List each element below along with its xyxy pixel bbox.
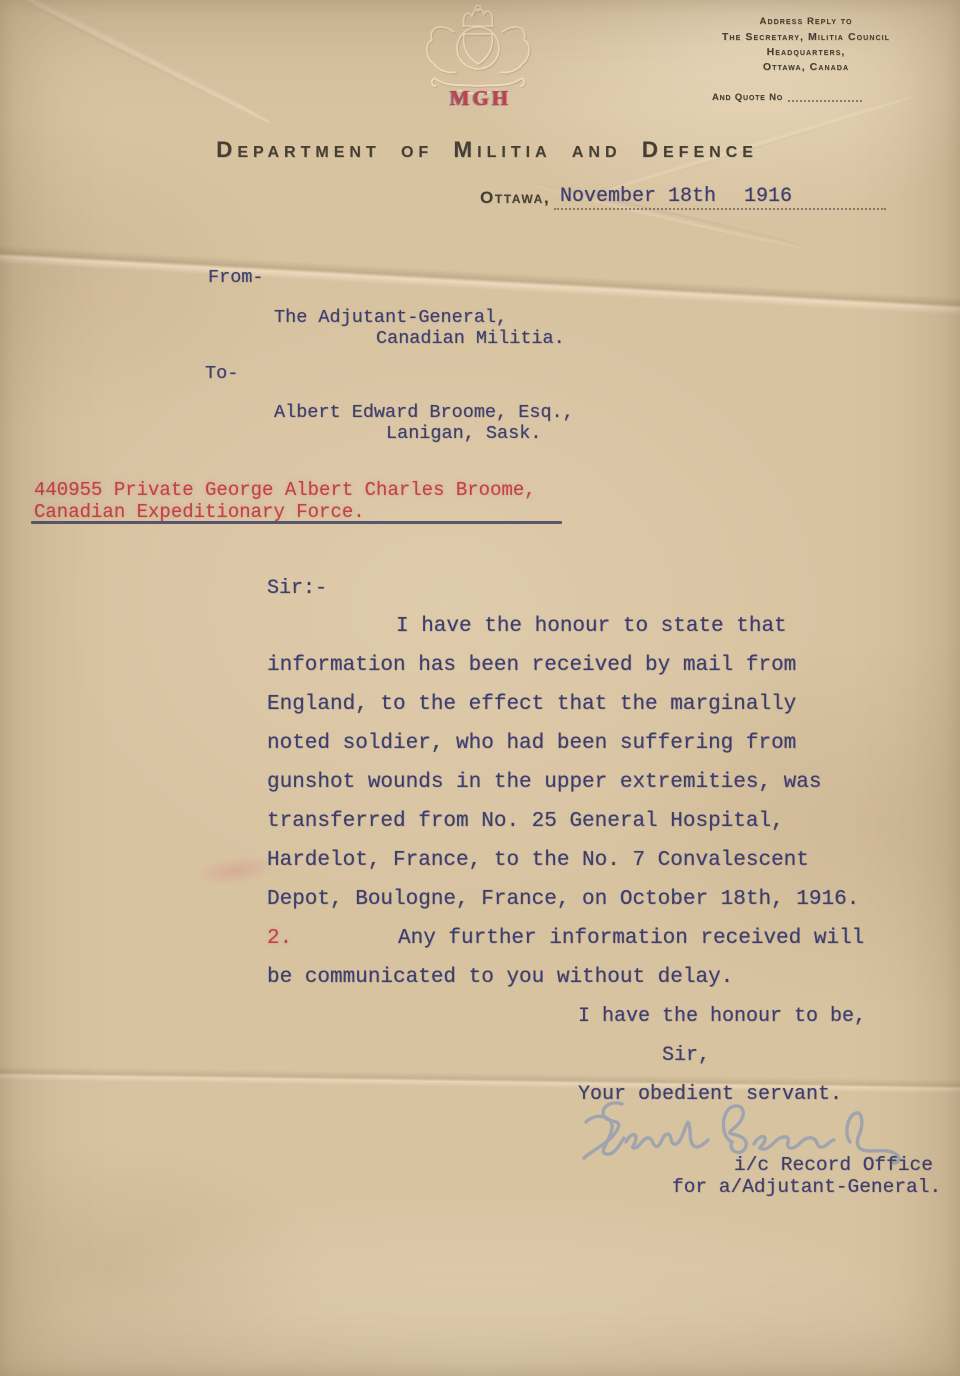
address-line: Address Reply to bbox=[688, 15, 924, 29]
from-line: The Adjutant-General, bbox=[274, 307, 507, 328]
address-line: The Secretary, Militia Council bbox=[688, 30, 924, 44]
body-line: Any further information received will bbox=[398, 927, 864, 950]
royal-crest-emboss-icon bbox=[398, 2, 558, 94]
salutation: Sir:- bbox=[267, 577, 327, 600]
paper-wrinkle bbox=[0, 0, 273, 127]
marginal-underline bbox=[31, 521, 562, 524]
from-line: Canadian Militia. bbox=[376, 328, 565, 349]
paragraph-number: 2. bbox=[267, 927, 292, 950]
marginal-note-line: 440955 Private George Albert Charles Bro… bbox=[34, 479, 536, 501]
body-line: noted soldier, who had been suffering fr… bbox=[267, 732, 796, 755]
body-line: England, to the effect that the marginal… bbox=[267, 693, 796, 716]
address-line: Ottawa, Canada bbox=[688, 60, 924, 74]
address-reply-block: Address Reply to The Secretary, Militia … bbox=[688, 15, 924, 75]
body-line: Depot, Boulogne, France, on October 18th… bbox=[267, 888, 859, 911]
letter-document: MGH Address Reply to The Secretary, Mili… bbox=[0, 0, 960, 1376]
signoff-line: for a/Adjutant-General. bbox=[672, 1176, 941, 1198]
body-line: transferred from No. 25 General Hospital… bbox=[267, 810, 784, 833]
body-line: Hardelot, France, to the No. 7 Convalesc… bbox=[267, 849, 809, 872]
typed-year: 1916 bbox=[744, 185, 792, 208]
typed-date: November 18th bbox=[560, 185, 716, 208]
body-line: information has been received by mail fr… bbox=[267, 654, 796, 677]
signoff-line: i/c Record Office bbox=[734, 1154, 933, 1176]
quote-no-dotted-line bbox=[788, 84, 862, 102]
to-label: To- bbox=[205, 363, 238, 384]
place-label: Ottawa, bbox=[480, 188, 550, 208]
marginal-note-line: Canadian Expeditionary Force. bbox=[34, 501, 365, 523]
department-title: Department of Militia and Defence bbox=[150, 137, 824, 163]
from-label: From- bbox=[208, 267, 264, 288]
body-line: gunshot wounds in the upper extremities,… bbox=[267, 771, 822, 794]
quote-no-label: And Quote No bbox=[712, 92, 783, 103]
to-line: Albert Edward Broome, Esq., bbox=[274, 402, 574, 423]
body-line: be communicated to you without delay. bbox=[267, 966, 733, 989]
mgh-stamp: MGH bbox=[450, 86, 512, 111]
closing-line: Sir, bbox=[662, 1044, 710, 1067]
to-line: Lanigan, Sask. bbox=[386, 423, 541, 444]
body-line: I have the honour to state that bbox=[396, 615, 787, 638]
closing-line: I have the honour to be, bbox=[578, 1005, 866, 1028]
address-line: Headquarters, bbox=[688, 45, 924, 59]
